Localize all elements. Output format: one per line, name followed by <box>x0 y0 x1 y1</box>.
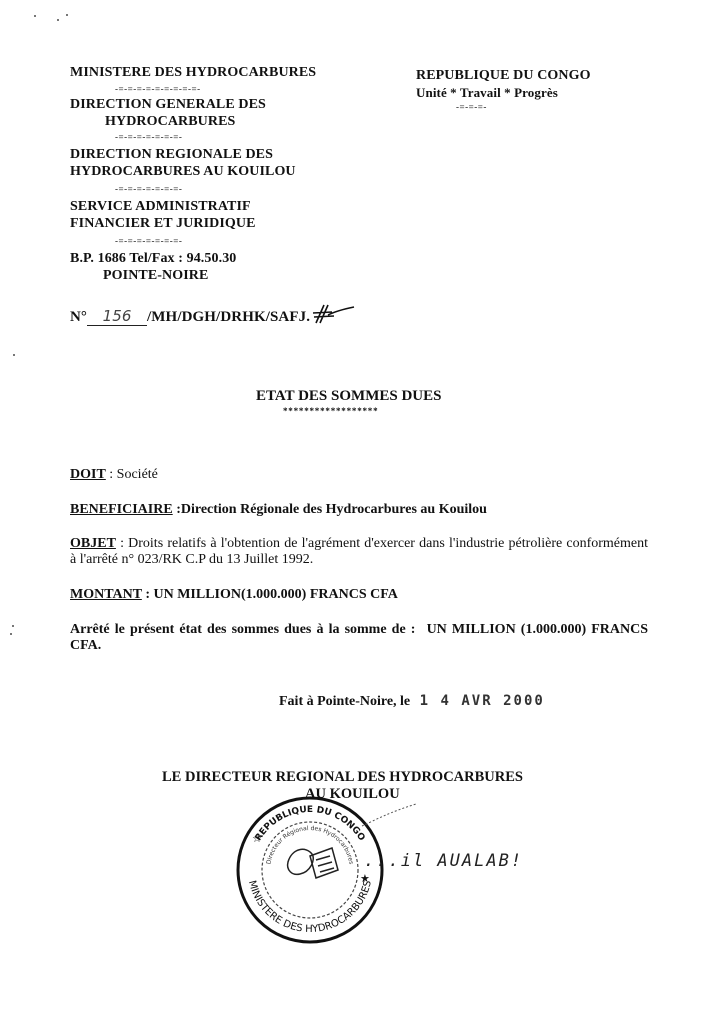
direction-generale-line1: DIRECTION GENERALE DES <box>70 96 266 113</box>
ref-handwritten-number: 156 <box>87 308 147 326</box>
doit-value: : Société <box>106 467 158 482</box>
separator: -=-=-=-=-=-=-=- <box>115 236 182 246</box>
signatory-title-line1: LE DIRECTEUR REGIONAL DES HYDROCARBURES <box>162 769 523 786</box>
objet-label: OBJET <box>70 536 116 551</box>
field-montant: MONTANT : UN MILLION(1.000.000) FRANCS C… <box>70 587 398 603</box>
signature-scribble-icon <box>360 800 420 830</box>
beneficiaire-label: BENEFICIAIRE <box>70 502 173 517</box>
field-doit: DOIT : Société <box>70 467 158 483</box>
address-line2: POINTE-NOIRE <box>103 267 208 284</box>
doit-label: DOIT <box>70 467 106 482</box>
document-title: ETAT DES SOMMES DUES <box>256 388 441 405</box>
scan-speck <box>57 19 59 21</box>
field-beneficiaire: BENEFICIAIRE :Direction Régionale des Hy… <box>70 502 487 518</box>
reference-number: N°156/MH/DGH/DRHK/SAFJ. <box>70 301 356 327</box>
title-stars: ****************** <box>283 406 378 416</box>
ref-suffix: /MH/DGH/DRHK/SAFJ. <box>147 309 310 325</box>
separator: -=-=-=-=-=-=-=- <box>115 184 182 194</box>
scan-speck <box>13 354 15 356</box>
svg-text:Directeur Régional des Hydroca: Directeur Régional des Hydrocarbures <box>265 825 354 865</box>
scan-speck <box>12 625 14 627</box>
svg-text:☆: ☆ <box>252 833 262 845</box>
stamped-date: 1 4 AVR 2000 <box>420 693 545 709</box>
date-prefix: Fait à Pointe-Noire, le <box>279 694 410 709</box>
montant-value: : UN MILLION(1.000.000) FRANCS CFA <box>142 587 398 602</box>
service-line1: SERVICE ADMINISTRATIF <box>70 198 251 215</box>
beneficiaire-value: :Direction Régionale des Hydrocarbures a… <box>173 502 487 517</box>
arrete-statement: Arrêté le présent état des sommes dues à… <box>70 622 648 654</box>
direction-generale-line2: HYDROCARBURES <box>105 113 235 130</box>
ref-prefix: N° <box>70 309 87 325</box>
field-objet: OBJET : Droits relatifs à l'obtention de… <box>70 536 648 568</box>
direction-regionale-line2: HYDROCARBURES AU KOUILOU <box>70 163 296 180</box>
service-line2: FINANCIER ET JURIDIQUE <box>70 215 256 232</box>
separator: -=-=-=-=-=-=-=-=-=- <box>115 84 201 94</box>
montant-label: MONTANT <box>70 587 142 602</box>
scan-speck <box>10 633 12 635</box>
separator: -=-=-=-=-=-=-=- <box>115 132 182 142</box>
director-name-stamp: ...il AUALAB! <box>364 851 523 871</box>
date-line: Fait à Pointe-Noire, le 1 4 AVR 2000 <box>279 693 545 710</box>
ministry-name: MINISTERE DES HYDROCARBURES <box>70 64 316 81</box>
direction-regionale-line1: DIRECTION REGIONALE DES <box>70 146 273 163</box>
scan-speck <box>66 14 68 16</box>
separator: -=-=-=- <box>456 102 487 112</box>
initials-signature-icon <box>310 301 356 327</box>
country-name: REPUBLIQUE DU CONGO <box>416 67 591 84</box>
objet-value: : Droits relatifs à l'obtention de l'agr… <box>70 536 648 567</box>
arrete-text: Arrêté le présent état des sommes dues à… <box>70 622 415 637</box>
national-motto: Unité * Travail * Progrès <box>416 84 558 101</box>
address-line1: B.P. 1686 Tel/Fax : 94.50.30 <box>70 250 236 267</box>
scan-speck <box>34 15 36 17</box>
svg-text:★: ★ <box>360 873 370 885</box>
